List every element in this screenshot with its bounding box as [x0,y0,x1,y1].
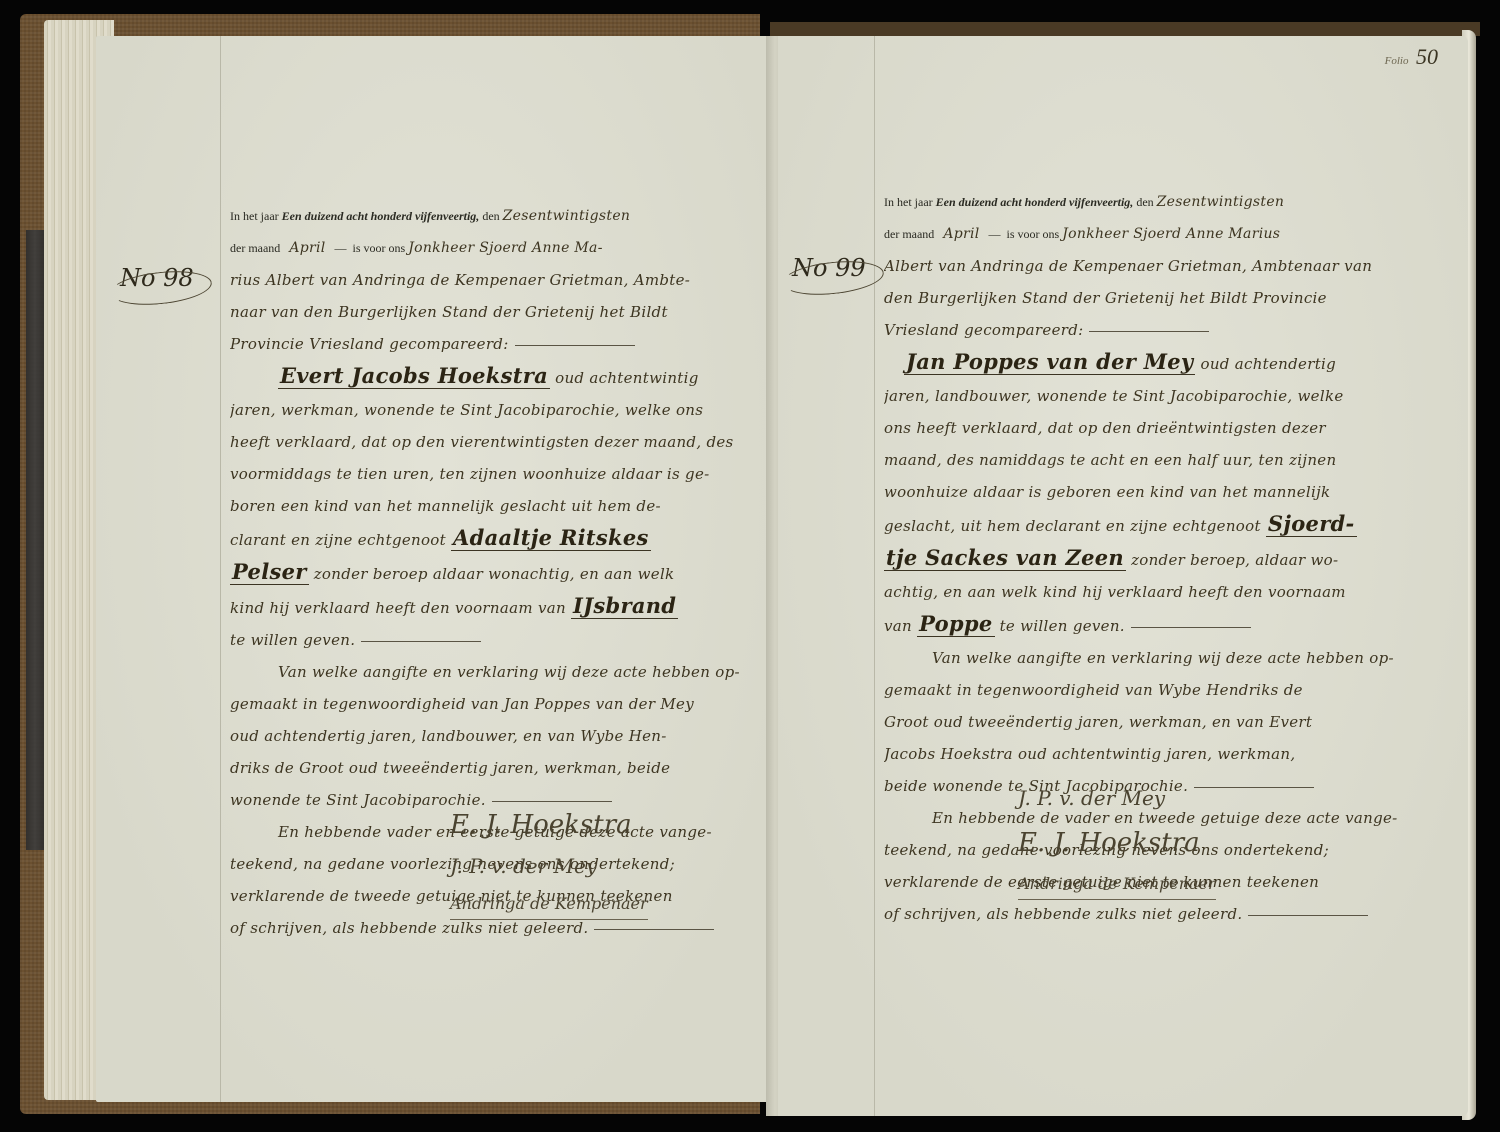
signature-witness: E. J. Hoekstra [1018,828,1216,858]
mother-surname: Pelser [230,559,309,585]
signature-witness: J. P. v. der Mey [450,854,648,878]
handwritten-month: April [289,240,325,256]
text-line: Albert van Andringa de Kempenaer Grietma… [884,250,1454,282]
handwritten-day: Zesentwintigsten [1157,194,1285,210]
left-page: No 98 In het jaar Een duizend acht honde… [96,36,772,1102]
text-line: Van welke aangifte en verklaring wij dez… [884,642,1454,674]
text-line: woonhuize aldaar is geboren een kind van… [884,476,1454,508]
entry-number: No 99 [792,254,866,282]
signature-official: Andringa de Kempenaer [450,894,648,920]
mother-line-2: tje Sackes van Zeen zonder beroep, aldaa… [884,542,1454,576]
signature-block: E. J. Hoekstra J. P. v. der Mey Andringa… [450,810,648,920]
declarant-name: Jan Poppes van der Mey [904,349,1195,375]
margin-line [220,36,221,1102]
margin-line [874,36,875,1116]
child-name: Poppe [917,611,994,637]
signature-father: J. P. v. der Mey [1018,786,1216,810]
handwritten-day: Zesentwintigsten [503,208,631,224]
text-line: boren een kind van het mannelijk geslach… [230,490,750,522]
page-number: Folio 50 [1385,44,1438,70]
mother-line-2: Pelser zonder beroep aldaar wonachtig, e… [230,556,750,590]
text-line: achtig, en aan welk kind hij verklaard h… [884,576,1454,608]
right-page: Folio 50 No 99 In het jaar Een duizend a… [778,36,1468,1116]
text-line: rius Albert van Andringa de Kempenaer Gr… [230,264,750,296]
declarant-name: Evert Jacobs Hoekstra [278,363,550,389]
mother-name: Sjoerd- [1266,511,1357,537]
text-line: ons heeft verklaard, dat op den drieëntw… [884,412,1454,444]
handwritten-month: April [943,226,979,242]
text-line: gemaakt in tegenwoordigheid van Jan Popp… [230,688,750,720]
mother-line: geslacht, uit hem declarant en zijne ech… [884,508,1454,542]
text-line: Provincie Vriesland gecompareerd: [230,328,750,360]
mother-surname: tje Sackes van Zeen [884,545,1126,571]
text-line: Groot oud tweeëndertig jaren, werkman, e… [884,706,1454,738]
text-line: of schrijven, als hebbende zulks niet ge… [884,898,1454,930]
book-cover-right [770,22,1480,36]
text-line: oud achtendertig jaren, landbouwer, en v… [230,720,750,752]
declarant-line: Evert Jacobs Hoekstra oud achtentwintig [230,360,750,394]
signature-block: J. P. v. der Mey E. J. Hoekstra Andringa… [1018,786,1216,900]
text-line: maand, des namiddags te acht en een half… [884,444,1454,476]
text-line: driks de Groot oud tweeëndertig jaren, w… [230,752,750,784]
printed-header-line-2: der maand April — is voor ons Jonkheer S… [230,232,750,264]
text-line: jaren, landbouwer, wonende te Sint Jacob… [884,380,1454,412]
text-line: den Burgerlijken Stand der Grietenij het… [884,282,1454,314]
text-line: naar van den Burgerlijken Stand der Grie… [230,296,750,328]
text-line: Van welke aangifte en verklaring wij dez… [230,656,750,688]
printed-header-line-1: In het jaar Een duizend acht honderd vij… [230,200,750,232]
signature-father: E. J. Hoekstra [450,810,648,840]
mother-line: clarant en zijne echtgenoot Adaaltje Rit… [230,522,750,556]
child-name-line: van Poppe te willen geven. [884,608,1454,642]
text-line: voormiddags te tien uren, ten zijnen woo… [230,458,750,490]
text-line: heeft verklaard, dat op den vierentwinti… [230,426,750,458]
text-line: te willen geven. [230,624,750,656]
declarant-line: Jan Poppes van der Mey oud achtendertig [884,346,1454,380]
text-line: Vriesland gecompareerd: [884,314,1454,346]
mother-name: Adaaltje Ritskes [451,525,651,551]
child-name-line: kind hij verklaard heeft den voornaam va… [230,590,750,624]
printed-header-line-1: In het jaar Een duizend acht honderd vij… [884,186,1454,218]
child-name: IJsbrand [571,593,678,619]
entry-number: No 98 [120,264,194,292]
signature-official: Andringa de Kempenaer [1018,874,1216,900]
text-line: Jacobs Hoekstra oud achtentwintig jaren,… [884,738,1454,770]
text-line: jaren, werkman, wonende te Sint Jacobipa… [230,394,750,426]
text-line: gemaakt in tegenwoordigheid van Wybe Hen… [884,674,1454,706]
printed-header-line-2: der maand April — is voor ons Jonkheer S… [884,218,1454,250]
